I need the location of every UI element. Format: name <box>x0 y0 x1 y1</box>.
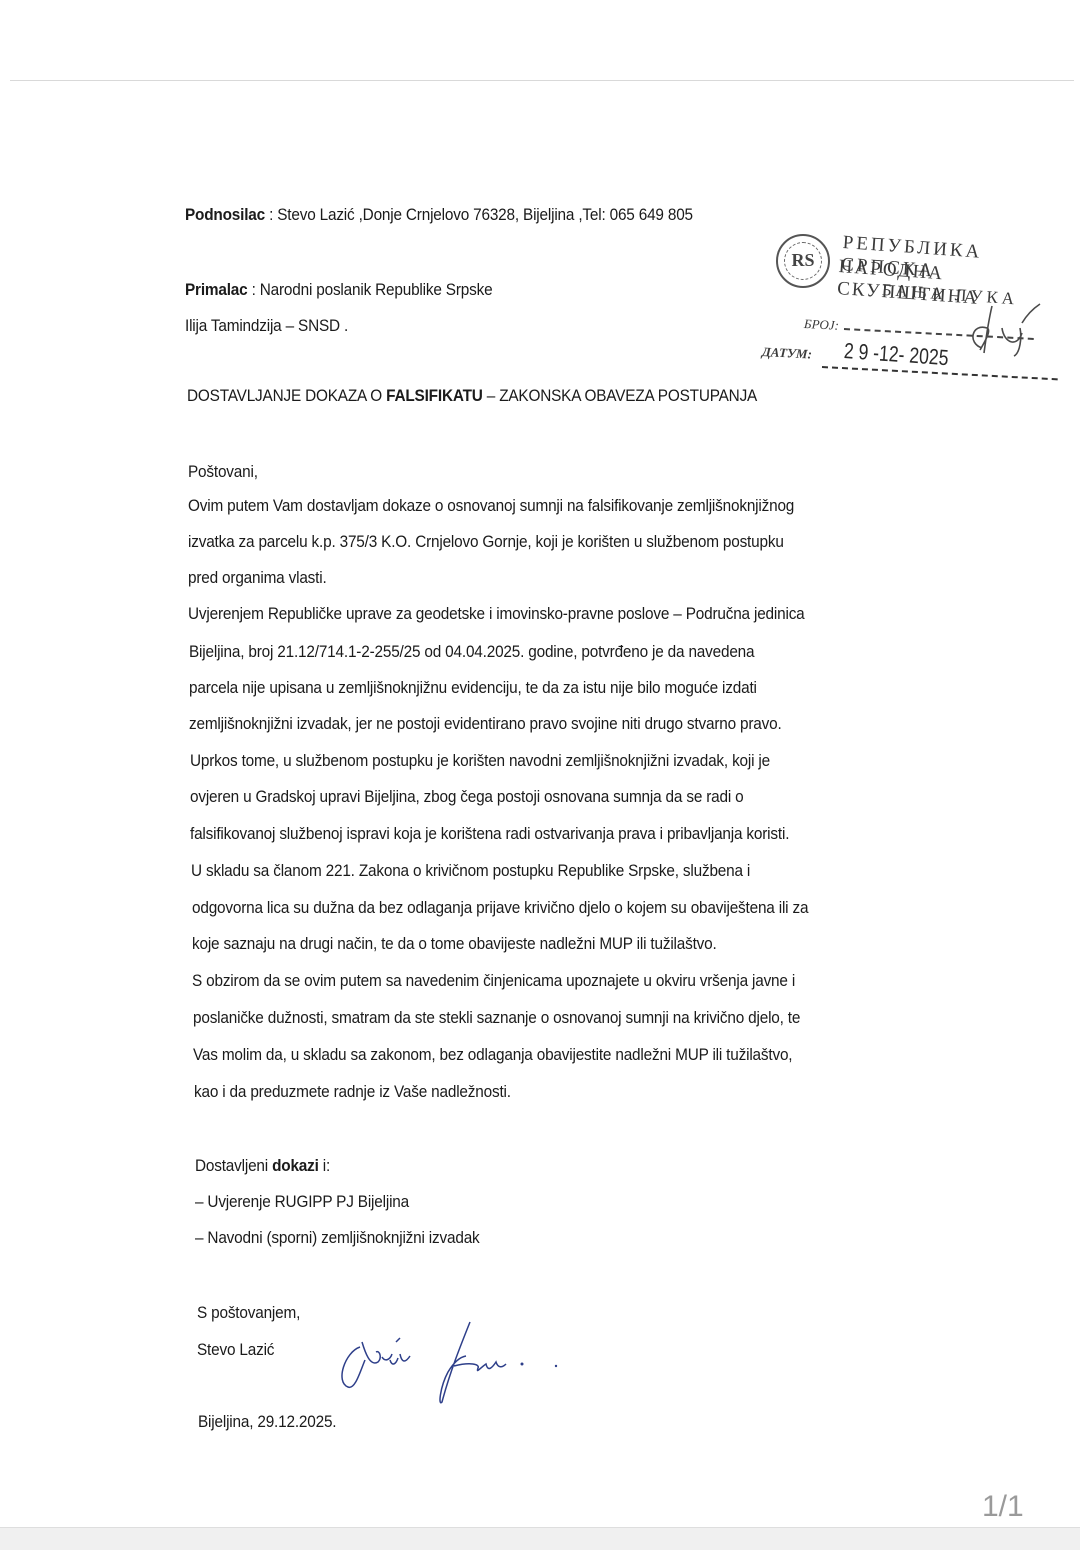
body-line: izvatka za parcelu k.p. 375/3 K.O. Crnje… <box>188 533 784 552</box>
recipient-label: Primalac <box>185 281 247 299</box>
handwritten-signature-icon <box>330 1312 570 1412</box>
body-line: Vas molim da, u skladu sa zakonom, bez o… <box>193 1046 792 1065</box>
closing-salutation: S poštovanjem, <box>197 1304 300 1323</box>
body-line: falsifikovanoj službenoj ispravi koja je… <box>190 825 789 844</box>
body-line: S obzirom da se ovim putem sa navedenim … <box>192 972 795 991</box>
body-line: Uvjerenjem Republičke uprave za geodetsk… <box>188 605 805 624</box>
evidence-item: – Uvjerenje RUGIPP PJ Bijeljina <box>195 1193 409 1212</box>
body-line: Uprkos tome, u službenom postupku je kor… <box>190 752 770 771</box>
subject-emphasis: FALSIFIKATU <box>386 387 483 405</box>
body-line: Ovim putem Vam dostavljam dokaze o osnov… <box>188 497 794 516</box>
body-line: ovjeren u Gradskoj upravi Bijeljina, zbo… <box>190 788 744 807</box>
assembly-receipt-stamp: RS РЕПУБЛИКА СРПСКА НАРОДНА СКУПШТИНА БА… <box>772 228 1072 408</box>
recipient-value: : Narodni poslanik Republike Srpske <box>247 281 492 299</box>
body-line: U skladu sa članom 221. Zakona o krivičn… <box>191 862 750 881</box>
body-line: pred organima vlasti. <box>188 569 327 588</box>
stamp-number-label: БРОЈ: <box>804 316 840 334</box>
page-indicator: 1/1 <box>982 1490 1024 1524</box>
document-page: Podnosilac : Stevo Lazić ,Donje Crnjelov… <box>0 0 1080 1525</box>
subject-line: DOSTAVLJANJE DOKAZA O FALSIFIKATU – ZAKO… <box>187 387 757 406</box>
place-and-date: Bijeljina, 29.12.2025. <box>198 1413 336 1432</box>
stamp-date-label: ДАТУМ: <box>762 344 813 363</box>
evidence-intro: Dostavljeni dokazi i: <box>195 1157 330 1176</box>
body-line: zemljišnoknjižni izvadak, jer ne postoji… <box>189 715 782 734</box>
sender-value: : Stevo Lazić ,Donje Crnjelovo 76328, Bi… <box>265 206 693 224</box>
recipient-name: Ilija Tamindzija – SNSD . <box>185 317 348 336</box>
recipient-line: Primalac : Narodni poslanik Republike Sr… <box>185 281 492 300</box>
body-line: kao i da preduzmete radnje iz Vaše nadle… <box>194 1083 511 1102</box>
coat-of-arms-seal-icon: RS <box>776 234 830 288</box>
stamp-initials-icon <box>962 298 1042 358</box>
body-line: odgovorna lica su dužna da bez odlaganja… <box>192 899 808 918</box>
body-line: Bijeljina, broj 21.12/714.1-2-255/25 od … <box>189 643 754 662</box>
body-line: koje saznaju na drugi način, te da o tom… <box>192 935 717 954</box>
body-line: poslaničke dužnosti, smatram da ste stek… <box>193 1009 800 1028</box>
signer-name: Stevo Lazić <box>197 1341 274 1360</box>
sender-line: Podnosilac : Stevo Lazić ,Donje Crnjelov… <box>185 206 693 225</box>
evidence-item: – Navodni (sporni) zemljišnoknjižni izva… <box>195 1229 480 1248</box>
viewer-bottom-bar <box>0 1527 1080 1550</box>
sender-label: Podnosilac <box>185 206 265 224</box>
body-line: parcela nije upisana u zemljišnoknjižnu … <box>189 679 757 698</box>
stamp-date-value: 2 9 -12- 2025 <box>843 338 949 371</box>
greeting: Poštovani, <box>188 463 258 482</box>
